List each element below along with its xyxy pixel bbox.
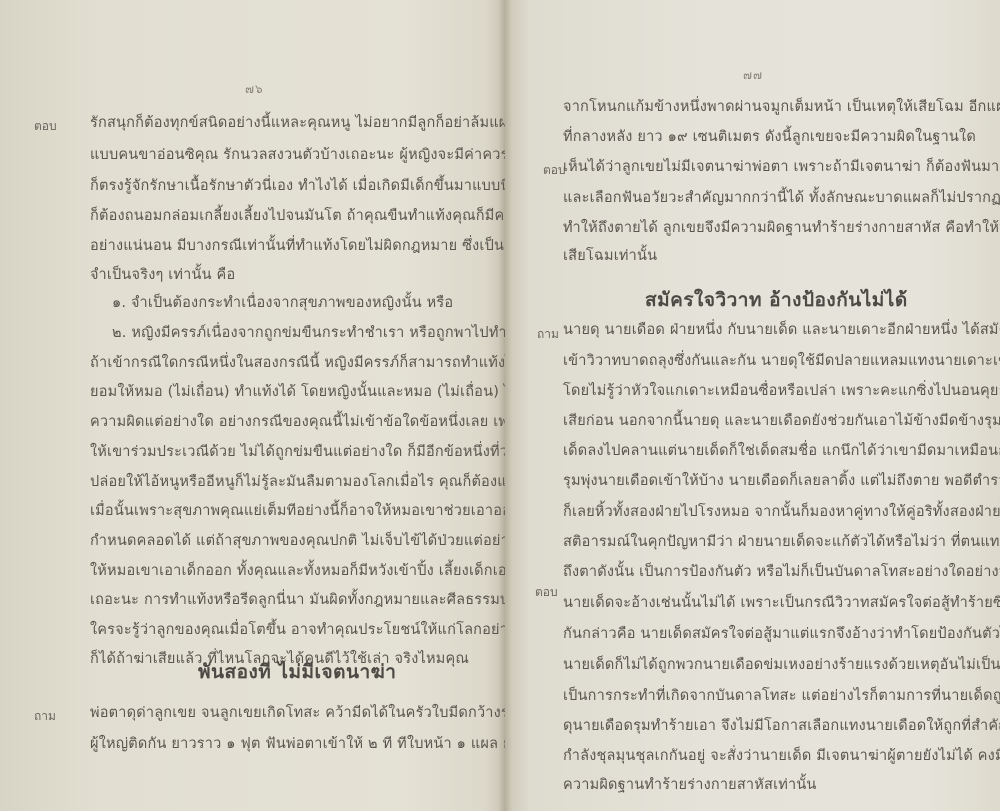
text-line: ทำให้ถึงตายได้ ลูกเขยจึงมีความผิดฐานทำร้…	[563, 218, 1000, 238]
text-line: ความผิดฐานทำร้ายร่างกายสาหัสเท่านั้น	[563, 775, 817, 795]
speaker-label-answer: ตอบ	[535, 583, 558, 602]
text-line: เข้าวิวาทบาดถลุงซึ่งกันและกัน นายดุใช้มี…	[563, 351, 1000, 371]
list-item: ๑. จำเป็นต้องกระทำเนื่องจากสุขภาพของหญิง…	[112, 293, 453, 313]
text-line: ผู้ใหญ่ติดกัน ยาวราว ๑ ฟุต ฟันพ่อตาเข้าใ…	[90, 734, 528, 754]
text-line: และเลือกฟันอวัยวะสำคัญมากกว่านี้ได้ ทั้ง…	[563, 188, 1000, 208]
speaker-label-question: ถาม	[34, 707, 56, 726]
book-gutter	[498, 0, 512, 811]
list-item: ๒. หญิงมีครรภ์เนื่องจากถูกข่มขืนกระทำชำเ…	[112, 323, 559, 343]
text-line: เสียโฉมเท่านั้น	[563, 246, 657, 266]
text-line: สติอารมณ์ในคุกปัญหามีว่า ฝ่ายนายเด็ดจะแก…	[563, 532, 1000, 552]
section-heading: สมัครใจวิวาท อ้างป้องกันไม่ได้	[645, 285, 908, 315]
speaker-label-answer: ตอบ	[34, 117, 57, 136]
text-line: เด็ดลงไปคลานแต่นายเด็ดก็ใช่เด็ดสมชื่อ แก…	[563, 441, 1000, 461]
text-line: จากโหนกแก้มข้างหนึ่งพาดผ่านจมูกเต็มหน้า …	[563, 97, 1000, 117]
text-line: จำเป็นจริงๆ เท่านั้น คือ	[90, 265, 235, 285]
text-line: นายเด็ดจะอ้างเช่นนั้นไม่ได้ เพราะเป็นกรณ…	[563, 593, 1000, 613]
text-line: อย่างแน่นอน มีบางกรณีเท่านั้นที่ทำแท้งโด…	[90, 236, 544, 256]
text-line: ก็เลยหิ้วทั้งสองฝ่ายไปโรงหมอ จากนั้นก็มอ…	[563, 502, 1000, 522]
text-line: ดุนายเดือดรุมทำร้ายเอา จึงไม่มีโอกาสเลือ…	[563, 716, 1000, 736]
text-line: กำลังชุลมุนชุลเกกันอยู่ จะสั่งว่านายเด็ด…	[563, 746, 1000, 766]
text-line: ให้เขาร่วมประเวณีด้วย ไม่ได้ถูกข่มขืนแต่…	[90, 442, 559, 462]
text-line: ถึงตาดังนั้น เป็นการป้องกันตัว หรือไม่ก็…	[563, 562, 1000, 582]
text-line: ถ้าเข้ากรณีใดกรณีหนึ่งในสองกรณีนี้ หญิงม…	[90, 353, 554, 373]
text-line: นายดุ นายเดือด ฝ่ายหนึ่ง กับนายเด็ด และน…	[563, 320, 1000, 340]
text-line: โดยไม่รู้ว่าหัวใจแกเดาะเหมือนซื่อหรือเปล…	[563, 381, 1000, 401]
text-line: กันกล่าวคือ นายเด็ดสมัครใจต่อสู้มาแต่แรก…	[563, 624, 1000, 644]
text-line: เสียก่อน นอกจากนี้นายดุ และนายเดือดยังช่…	[563, 411, 1000, 431]
book-spread: ๗๖ ตอบ รักสนุกก็ต้องทุกข์สนิดอย่างนี้แหล…	[0, 0, 1000, 811]
page-number-right: ๗๗	[743, 66, 763, 85]
text-line: รุมพุ่งนายเดือดเข้าให้บ้าง นายเดือดก็เลย…	[563, 471, 1000, 491]
left-page: ๗๖ ตอบ รักสนุกก็ต้องทุกข์สนิดอย่างนี้แหล…	[0, 0, 505, 811]
text-line: ให้หมอเขาเอาเด็กออก ทั้งคุณและทั้งหมอก็ม…	[90, 561, 537, 581]
page-number-left: ๗๖	[245, 80, 264, 99]
right-page: ๗๗ จากโหนกแก้มข้างหนึ่งพาดผ่านจมูกเต็มหน…	[505, 0, 1000, 811]
section-heading: พันสองที ไม่มีเจตนาฆ่า	[198, 657, 396, 687]
text-line: เห็นได้ว่าลูกเขยไม่มีเจตนาฆ่าพ่อตา เพราะ…	[563, 157, 1000, 177]
text-line: นายเด็ดก็ไม่ได้ถูกพวกนายเดือดข่มเหงอย่าง…	[563, 655, 1000, 675]
text-line: ยอมให้หมอ (ไม่เถื่อน) ทำแท้งได้ โดยหญิงน…	[90, 382, 531, 402]
text-line: ก็ตรงรู้จักรักษาเนื้อรักษาตัวนี่เอง ทำไง…	[90, 176, 539, 196]
text-line: ปล่อยให้ไอ้หนูหรืออีหนูก็ไม่รู้ละมันลืมต…	[90, 472, 541, 492]
speaker-label-question: ถาม	[537, 325, 559, 344]
text-line: ที่กลางหลัง ยาว ๑๙ เซนติเมตร ดังนี้ลูกเข…	[563, 127, 976, 147]
text-line: เป็นการกระทำที่เกิดจากบันดาลโทสะ แต่อย่า…	[563, 686, 1000, 706]
